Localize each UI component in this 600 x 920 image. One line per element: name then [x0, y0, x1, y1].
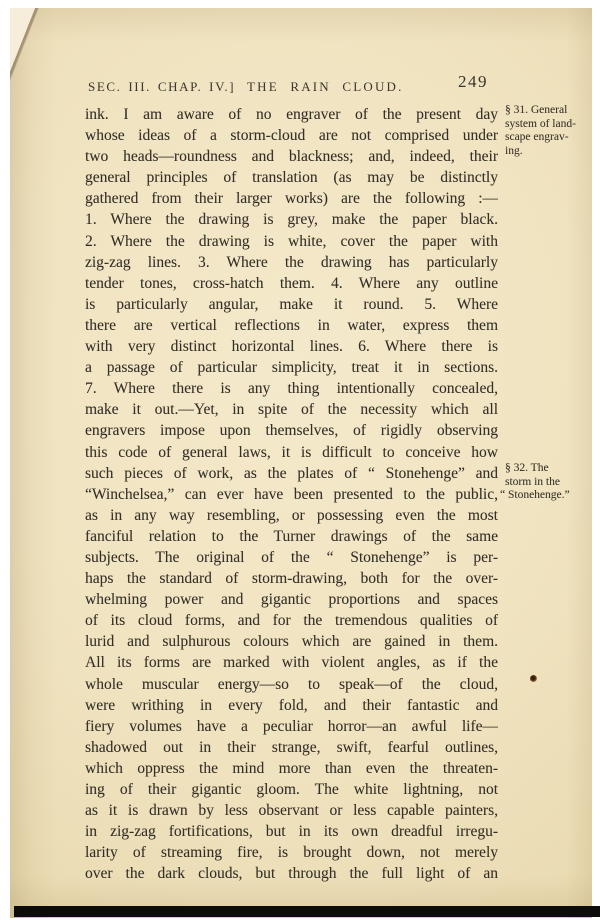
page-corner-fold: [10, 8, 44, 94]
body-text-line: zig-zag lines. 3. Where the drawing has …: [85, 252, 498, 273]
margin-note-line: § 31. General: [500, 104, 594, 118]
body-text-line: engravers impose upon themselves, of rig…: [85, 420, 498, 441]
margin-note-31: § 31. Generalsystem of land-scape engrav…: [500, 104, 594, 159]
body-text-line: is particularly angular, make it round. …: [85, 294, 498, 315]
running-head-title: THE RAIN CLOUD.: [247, 79, 404, 95]
body-text-line: 1. Where the drawing is grey, make the p…: [85, 209, 498, 230]
body-text-line: ink. I am aware of no engraver of the pr…: [85, 104, 498, 125]
body-text-line: gathered from their larger works) are th…: [85, 188, 498, 209]
margin-note-line: “ Stonehenge.”: [500, 489, 594, 503]
body-text-line: “Winchelsea,” can ever have been present…: [85, 484, 498, 505]
body-text-line: lurid and sulphurous colours which are g…: [85, 631, 498, 652]
body-text-line: with very distinct horizontal lines. 6. …: [85, 336, 498, 357]
margin-note-line: storm in the: [500, 476, 594, 490]
body-text-line: haps the standard of storm-drawing, both…: [85, 568, 498, 589]
body-text-line: two heads—roundness and blackness; and, …: [85, 146, 498, 167]
body-text-line: such pieces of work, as the plates of “ …: [85, 463, 498, 484]
margin-note-line: ing.: [500, 145, 594, 159]
scanned-book-page: SEC. III. CHAP. IV.] THE RAIN CLOUD. 249…: [0, 0, 600, 920]
body-text-line: as in any way resembling, or possessing …: [85, 505, 498, 526]
body-text-line: this code of general laws, it is difficu…: [85, 442, 498, 463]
body-text-line: of its cloud forms, and for the tremendo…: [85, 610, 498, 631]
body-text-line: 7. Where there is any thing intentionall…: [85, 378, 498, 399]
margin-note-32: § 32. Thestorm in the“ Stonehenge.”: [500, 462, 594, 503]
body-text-line: larity of streaming fire, is brought dow…: [85, 842, 498, 863]
body-text-line: there are vertical reflections in water,…: [85, 315, 498, 336]
body-text-line: fiery volumes have a peculiar horror—an …: [85, 716, 498, 737]
body-text-line: a passage of particular simplicity, trea…: [85, 357, 498, 378]
body-text-line: tender tones, cross-hatch them. 4. Where…: [85, 273, 498, 294]
scan-edge-band: [14, 906, 600, 917]
margin-note-line: § 32. The: [500, 462, 594, 476]
body-text-line: were writhing in every fold, and their f…: [85, 695, 498, 716]
body-text-line: over the dark clouds, but through the fu…: [85, 863, 498, 884]
margin-note-line: system of land-: [500, 118, 594, 132]
body-text-line: fanciful relation to the Turner drawings…: [85, 526, 498, 547]
body-text-line: All its forms are marked with violent an…: [85, 652, 498, 673]
body-text-line: make it out.—Yet, in spite of the necess…: [85, 399, 498, 420]
body-text-line: general principles of translation (as ma…: [85, 167, 498, 188]
body-text-line: in zig-zag fortifications, but in its ow…: [85, 821, 498, 842]
body-text-line: as it is drawn by less observant or less…: [85, 800, 498, 821]
body-text-line: 2. Where the drawing is white, cover the…: [85, 231, 498, 252]
body-text-line: whelming power and gigantic proportions …: [85, 589, 498, 610]
body-text-line: whose ideas of a storm-cloud are not com…: [85, 125, 498, 146]
body-text-line: ing of their gigantic gloom. The white l…: [85, 779, 498, 800]
body-text-line: which oppress the mind more than even th…: [85, 758, 498, 779]
body-text-line: subjects. The original of the “ Stonehen…: [85, 547, 498, 568]
margin-note-line: scape engrav-: [500, 131, 594, 145]
page-number: 249: [458, 72, 488, 92]
body-text-line: shadowed out in their strange, swift, fe…: [85, 737, 498, 758]
body-text: ink. I am aware of no engraver of the pr…: [85, 104, 498, 884]
body-text-line: whole muscular energy—so to speak—of the…: [85, 674, 498, 695]
running-head-section: SEC. III. CHAP. IV.]: [88, 79, 235, 95]
foxing-speck: [530, 675, 537, 682]
